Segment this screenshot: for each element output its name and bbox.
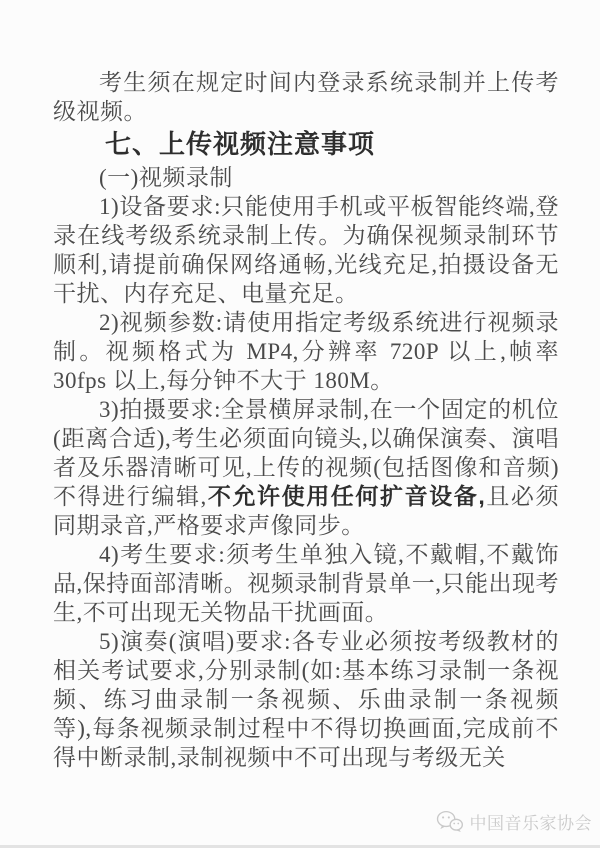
text-run: 2)视频参数:请使用指定考级系统进行视频录制。视频格式为 MP4,分辨率 720… bbox=[53, 310, 559, 393]
wechat-icon bbox=[436, 810, 463, 834]
text-run: 4)考生要求:须考生单独入镜,不戴帽,不戴饰品,保持面部清晰。视频录制背景单一,… bbox=[53, 542, 559, 625]
document-page: 考生须在规定时间内登录系统录制并上传考级视频。七、上传视频注意事项(一)视频录制… bbox=[0, 0, 600, 848]
bold-text-run: 不允许使用任何扩音设备, bbox=[207, 483, 485, 509]
watermark-text: 中国音乐家协会 bbox=[470, 809, 593, 834]
paragraph: 1)设备要求:只能使用手机或平板智能终端,登录在线考级系统录制上传。为确保视频录… bbox=[53, 192, 559, 308]
paragraph: 5)演奏(演唱)要求:各专业必须按考级教材的相关考试要求,分别录制(如:基本练习… bbox=[53, 627, 559, 772]
text-run: 5)演奏(演唱)要求:各专业必须按考级教材的相关考试要求,分别录制(如:基本练习… bbox=[53, 629, 559, 770]
bold-text-run: 七、上传视频注意事项 bbox=[105, 129, 375, 159]
text-run: 1)设备要求:只能使用手机或平板智能终端,登录在线考级系统录制上传。为确保视频录… bbox=[53, 194, 559, 306]
paragraph: 考生须在规定时间内登录系统录制并上传考级视频。 bbox=[53, 68, 559, 126]
paragraph: (一)视频录制 bbox=[53, 163, 559, 192]
watermark: 中国音乐家协会 bbox=[436, 809, 593, 834]
text-run: 考生须在规定时间内登录系统录制并上传考级视频。 bbox=[53, 70, 559, 124]
paragraph: 4)考生要求:须考生单独入镜,不戴帽,不戴饰品,保持面部清晰。视频录制背景单一,… bbox=[53, 540, 559, 627]
text-run: (一)视频录制 bbox=[99, 165, 233, 190]
document-body: 考生须在规定时间内登录系统录制并上传考级视频。七、上传视频注意事项(一)视频录制… bbox=[53, 68, 559, 772]
paragraph: 2)视频参数:请使用指定考级系统进行视频录制。视频格式为 MP4,分辨率 720… bbox=[53, 308, 559, 395]
paragraph: 3)拍摄要求:全景横屏录制,在一个固定的机位(距离合适),考生必须面向镜头,以确… bbox=[53, 395, 559, 540]
section-heading: 七、上传视频注意事项 bbox=[53, 128, 559, 161]
